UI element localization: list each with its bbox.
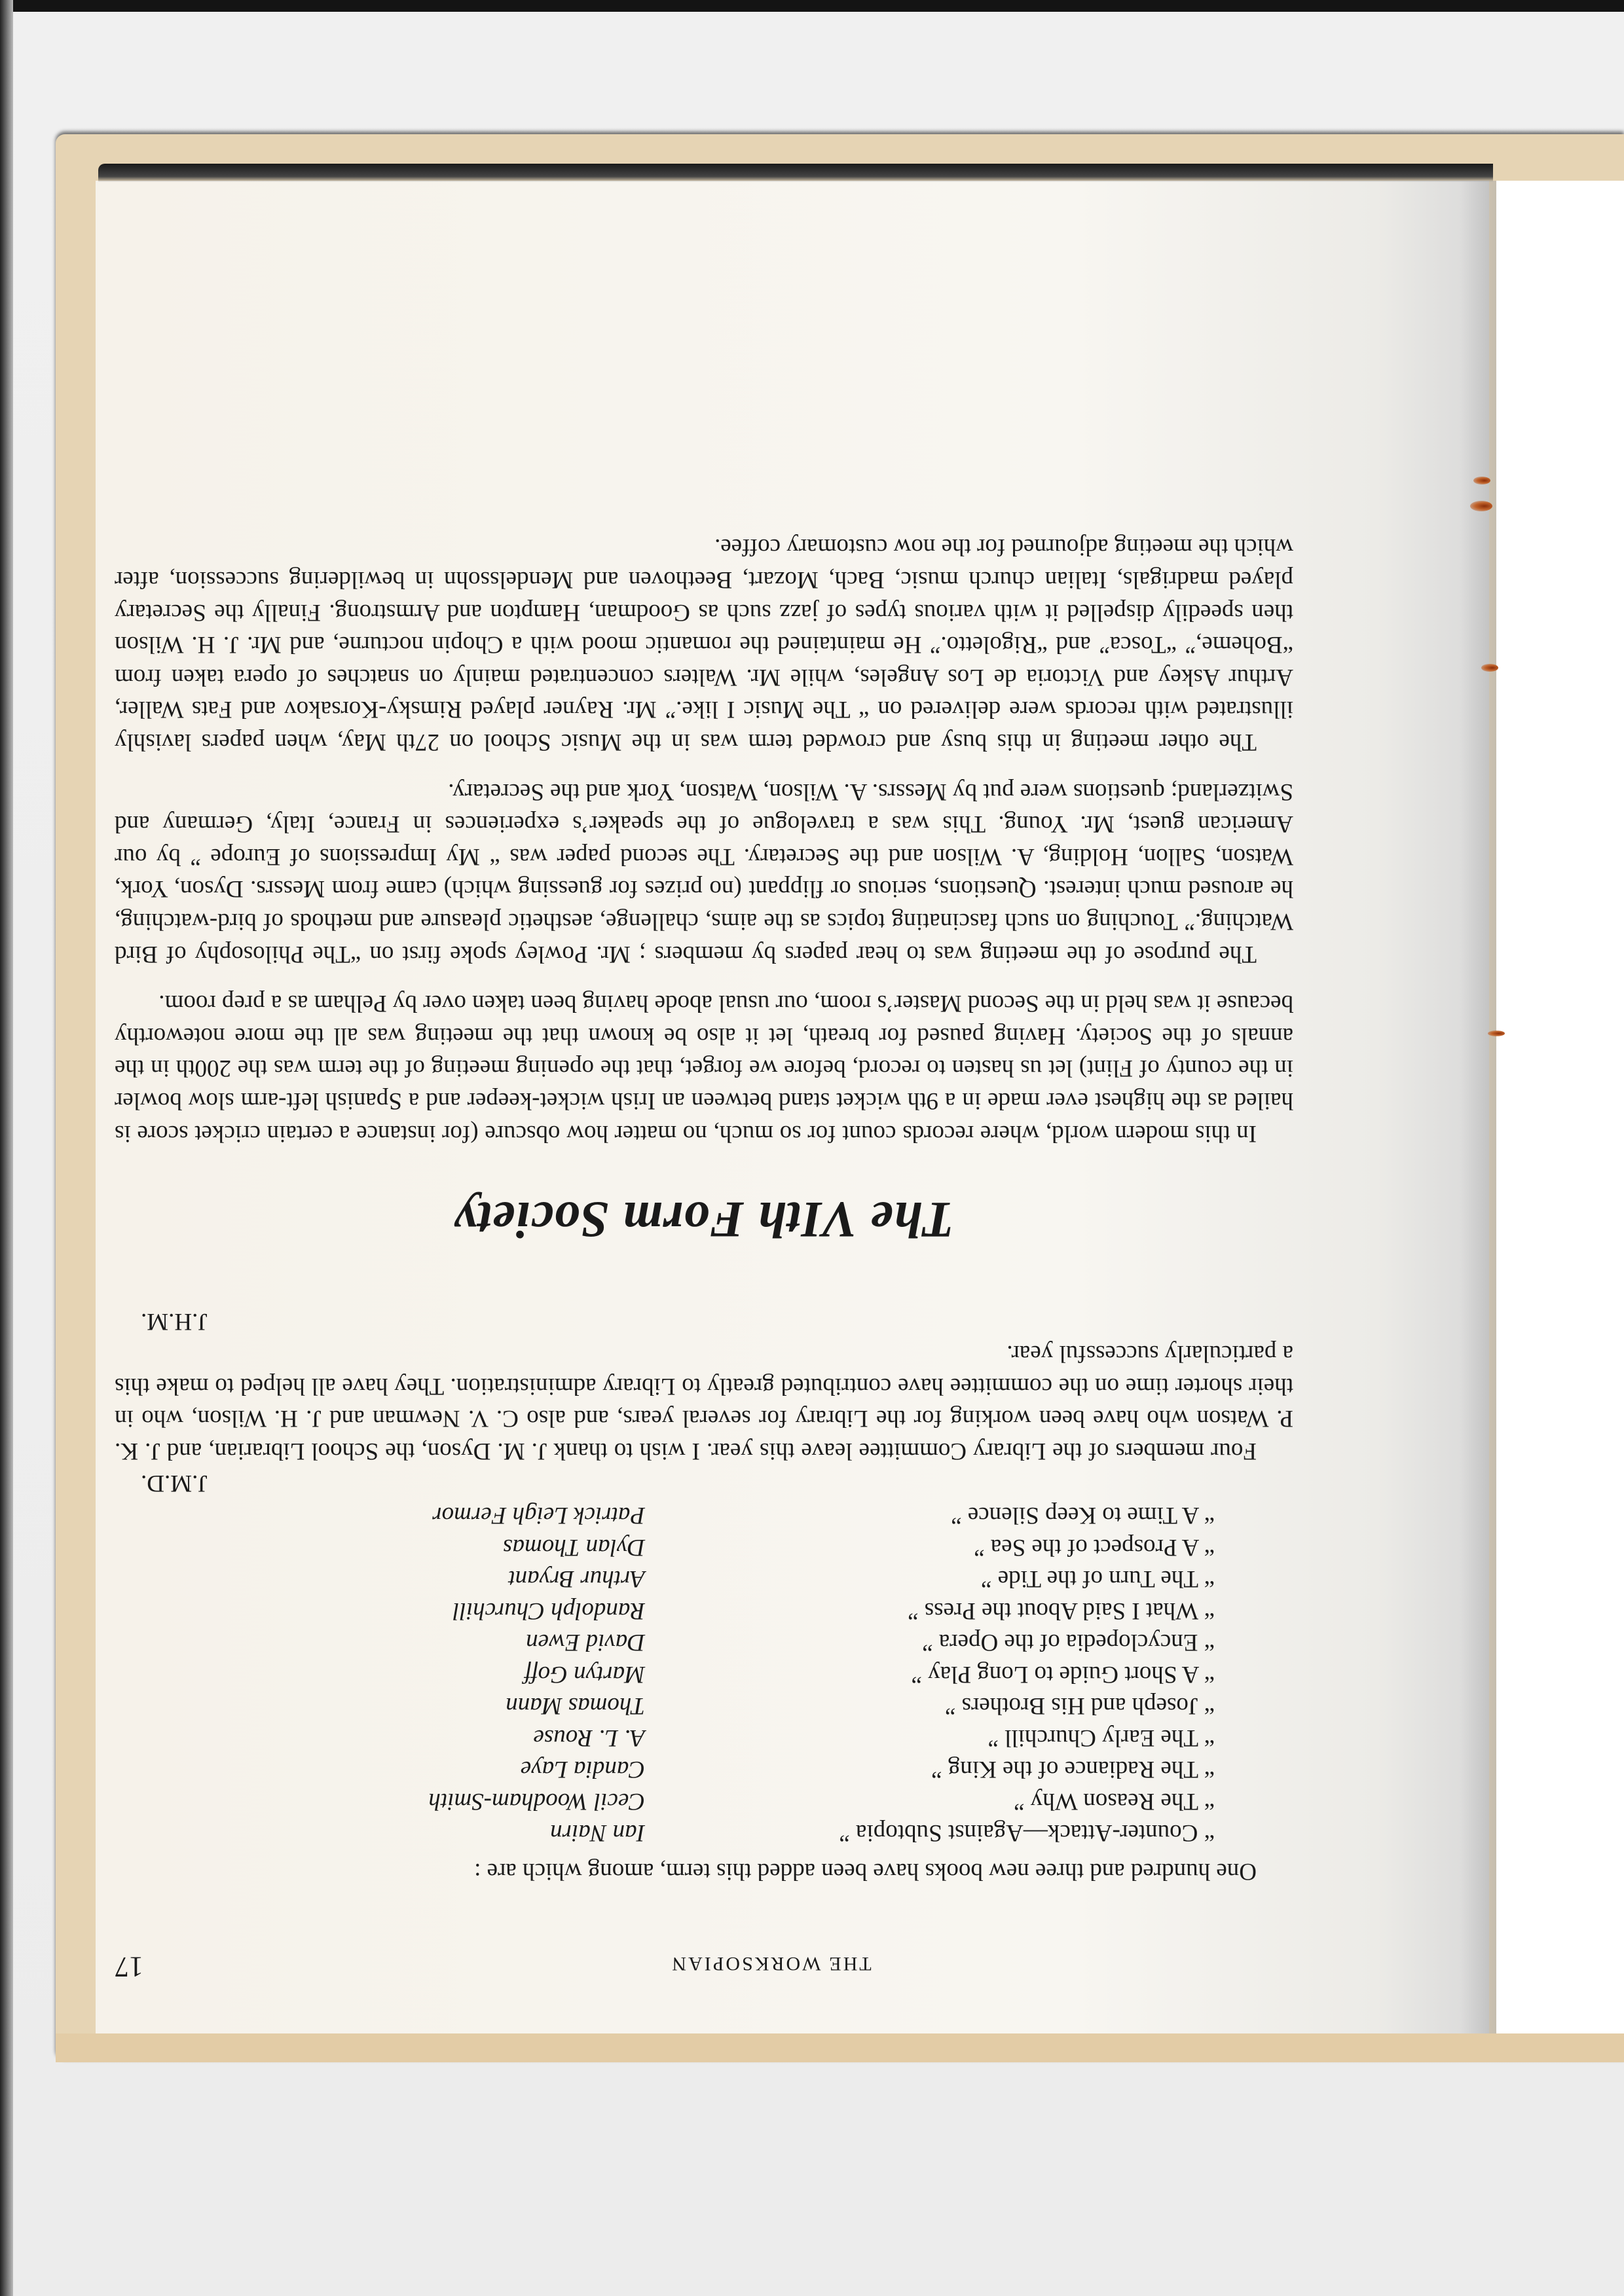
paragraph-gap [115, 970, 1293, 987]
rust-spot [1473, 477, 1490, 484]
page-number: 17 [115, 1950, 143, 1984]
book-author: Martyn Goff [525, 1658, 645, 1690]
list-item: “ The Early Churchill ”A. L. Rouse [115, 1721, 1215, 1753]
list-item: “ A Time to Keep Silence ”Patrick Leigh … [115, 1499, 1215, 1531]
list-item: “ A Prospect of the Sea ”Dylan Thomas [115, 1531, 1215, 1563]
rust-spot [1470, 501, 1492, 511]
journal-name: THE WORKSOPIAN [157, 1952, 1293, 1975]
signature-jhm: J.H.M. [141, 1305, 1293, 1338]
book-title: “ A Short Guide to Long Play ” [645, 1658, 1215, 1690]
book-title: “ The Reason Why ” [645, 1785, 1215, 1817]
binding-bottom-edge [56, 2033, 1624, 2062]
list-item: “ Encyclopedia of the Opera ”David Ewen [115, 1626, 1215, 1658]
book-author: Thomas Mann [506, 1690, 645, 1722]
book-title: “ The Radiance of the King ” [645, 1753, 1215, 1785]
list-item: “ The Reason Why ”Cecil Woodham-Smith [115, 1785, 1215, 1817]
paragraph-gap [115, 758, 1293, 775]
upside-down-page-content: THE WORKSOPIAN 17 One hundred and three … [115, 399, 1293, 1984]
signature-jmd: J.M.D. [141, 1467, 1293, 1499]
book-author: Arthur Bryant [508, 1563, 645, 1595]
book-title: “ Encyclopedia of the Opera ” [645, 1626, 1215, 1658]
book-author: Ian Nairn [550, 1817, 645, 1849]
book-author: Cecil Woodham-Smith [428, 1785, 645, 1817]
society-paragraph: In this modern world, where records coun… [115, 987, 1293, 1150]
library-committee-paragraph: Four members of the Library Committee le… [115, 1338, 1293, 1467]
list-item: “ The Radiance of the King ”Candia Laye [115, 1753, 1215, 1785]
book-author: Patrick Leigh Fermor [432, 1499, 645, 1531]
rust-spot [1488, 1030, 1505, 1036]
book-title: “ The Turn of the Tide ” [645, 1563, 1215, 1595]
list-item: “ A Short Guide to Long Play ”Martyn Gof… [115, 1658, 1215, 1690]
book-title: “ Joseph and His Brothers ” [645, 1690, 1215, 1722]
running-head: THE WORKSOPIAN 17 [115, 1950, 1293, 1984]
facing-page-edge [1496, 181, 1624, 2033]
binding-shadow [98, 164, 1493, 182]
book-author: Candia Laye [521, 1753, 645, 1785]
book-title: “ The Early Churchill ” [645, 1721, 1215, 1753]
section-title: The VIth Form Society [115, 1190, 1293, 1249]
list-item: “ What I Said About the Press ”Randolph … [115, 1594, 1215, 1626]
society-paragraph: The other meeting in this busy and crowd… [115, 531, 1293, 758]
list-item: “ Joseph and His Brothers ”Thomas Mann [115, 1690, 1215, 1722]
library-intro: One hundred and three new books have bee… [115, 1855, 1293, 1887]
book-author: Randolph Churchill [452, 1594, 645, 1626]
rust-spot [1481, 664, 1498, 672]
page-gutter-shadow [1460, 181, 1500, 2033]
book-list: “ Counter-Attack—Against Subtopia ”Ian N… [115, 1499, 1215, 1849]
book-author: A. L. Rouse [533, 1721, 645, 1753]
book-author: David Ewen [526, 1626, 645, 1658]
book-title: “ Counter-Attack—Against Subtopia ” [645, 1817, 1215, 1849]
society-paragraph: The purpose of the meeting was to hear p… [115, 775, 1293, 970]
book-title: “ A Time to Keep Silence ” [645, 1499, 1215, 1531]
book-title: “ What I Said About the Press ” [645, 1594, 1215, 1626]
scanner-left-edge [0, 0, 13, 2296]
scanner-top-edge [0, 0, 1624, 12]
list-item: “ Counter-Attack—Against Subtopia ”Ian N… [115, 1817, 1215, 1849]
book-title: “ A Prospect of the Sea ” [645, 1531, 1215, 1563]
book-author: Dylan Thomas [503, 1531, 645, 1563]
list-item: “ The Turn of the Tide ”Arthur Bryant [115, 1563, 1215, 1595]
